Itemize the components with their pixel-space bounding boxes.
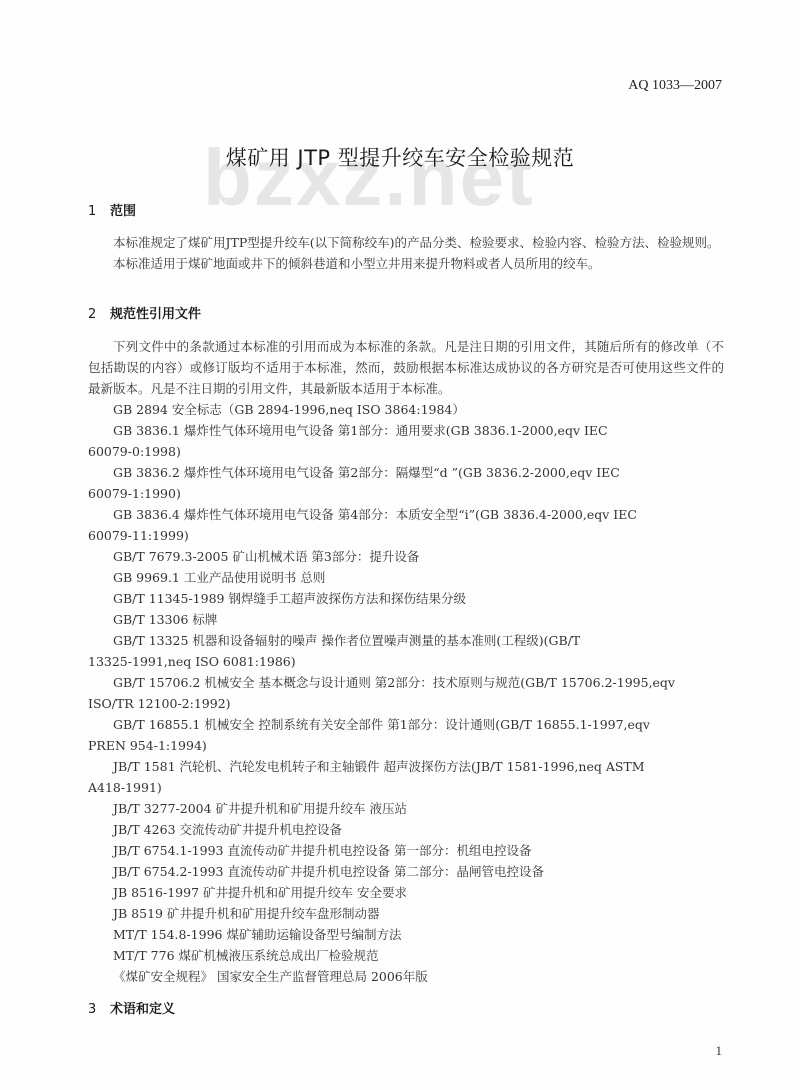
reference-item: GB 3836.2 爆炸性气体环境用电气设备 第2部分：隔爆型“d ”(GB 3… [88,462,724,483]
section-title: 规范性引用文件 [110,307,201,322]
reference-item: GB 3836.1 爆炸性气体环境用电气设备 第1部分：通用要求(GB 3836… [88,420,724,441]
reference-item: GB/T 11345-1989 钢焊缝手工超声波探伤方法和探伤结果分级 [88,588,724,609]
section-heading: 2规范性引用文件 [88,304,724,325]
reference-item: JB/T 4263 交流传动矿井提升机电控设备 [88,819,724,840]
reference-item-continuation: 60079-0:1998) [88,441,724,462]
section-number: 3 [88,999,110,1020]
reference-item: 《煤矿安全规程》 国家安全生产监督管理总局 2006年版 [88,966,724,987]
document-title: 煤矿用 JTP 型提升绞车安全检验规范 [0,142,800,172]
standard-code: AQ 1033—2007 [628,78,722,94]
reference-item: GB 2894 安全标志（GB 2894-1996,neq ISO 3864:1… [88,399,724,420]
reference-item: JB/T 3277-2004 矿井提升机和矿用提升绞车 液压站 [88,798,724,819]
section-number: 2 [88,304,110,325]
reference-item-continuation: ISO/TR 12100-2:1992) [88,693,724,714]
reference-item-continuation: PREN 954-1:1994) [88,735,724,756]
reference-item: MT/T 154.8-1996 煤矿辅助运输设备型号编制方法 [88,924,724,945]
reference-item: GB/T 13325 机器和设备辐射的噪声 操作者位置噪声测量的基本准则(工程级… [88,630,724,651]
section-1: 1范围 本标准规定了煤矿用JTP型提升绞车(以下简称绞车)的产品分类、检验要求、… [88,201,724,274]
reference-item: GB/T 7679.3-2005 矿山机械术语 第3部分：提升设备 [88,546,724,567]
reference-item: JB 8519 矿井提升机和矿用提升绞车盘形制动器 [88,903,724,924]
section-heading: 1范围 [88,201,724,222]
reference-item: GB/T 13306 标牌 [88,609,724,630]
reference-item: GB 3836.4 爆炸性气体环境用电气设备 第4部分：本质安全型“i”(GB … [88,504,724,525]
reference-item-continuation: 60079-1:1990) [88,483,724,504]
section-heading: 3术语和定义 [88,999,724,1020]
page-number: 1 [716,1043,723,1059]
paragraph: 下列文件中的条款通过本标准的引用而成为本标准的条款。凡是注日期的引用文件，其随后… [88,336,724,399]
reference-item: MT/T 776 煤矿机械液压系统总成出厂检验规范 [88,945,724,966]
reference-item-continuation: A418-1991) [88,777,724,798]
reference-item-continuation: 13325-1991,neq ISO 6081:1986) [88,651,724,672]
section-number: 1 [88,201,110,222]
reference-list: GB 2894 安全标志（GB 2894-1996,neq ISO 3864:1… [88,399,724,987]
section-title: 范围 [110,204,136,219]
reference-item: GB 9969.1 工业产品使用说明书 总则 [88,567,724,588]
reference-item: JB/T 1581 汽轮机、汽轮发电机转子和主轴锻件 超声波探伤方法(JB/T … [88,756,724,777]
reference-item-continuation: 60079-11:1999) [88,525,724,546]
reference-item: JB/T 6754.2-1993 直流传动矿井提升机电控设备 第二部分：晶闸管电… [88,861,724,882]
reference-item: JB/T 6754.1-1993 直流传动矿井提升机电控设备 第一部分：机组电控… [88,840,724,861]
reference-item: GB/T 15706.2 机械安全 基本概念与设计通则 第2部分：技术原则与规范… [88,672,724,693]
section-3: 3术语和定义 [88,999,724,1020]
reference-item: GB/T 16855.1 机械安全 控制系统有关安全部件 第1部分：设计通则(G… [88,714,724,735]
section-title: 术语和定义 [110,1002,175,1017]
paragraph: 本标准规定了煤矿用JTP型提升绞车(以下简称绞车)的产品分类、检验要求、检验内容… [88,232,724,253]
section-2: 2规范性引用文件 下列文件中的条款通过本标准的引用而成为本标准的条款。凡是注日期… [88,304,724,987]
paragraph: 本标准适用于煤矿地面或井下的倾斜巷道和小型立井用来提升物料或者人员所用的绞车。 [88,253,724,274]
document-page: AQ 1033—2007 bzxz.net 煤矿用 JTP 型提升绞车安全检验规… [0,0,800,1090]
reference-item: JB 8516-1997 矿井提升机和矿用提升绞车 安全要求 [88,882,724,903]
